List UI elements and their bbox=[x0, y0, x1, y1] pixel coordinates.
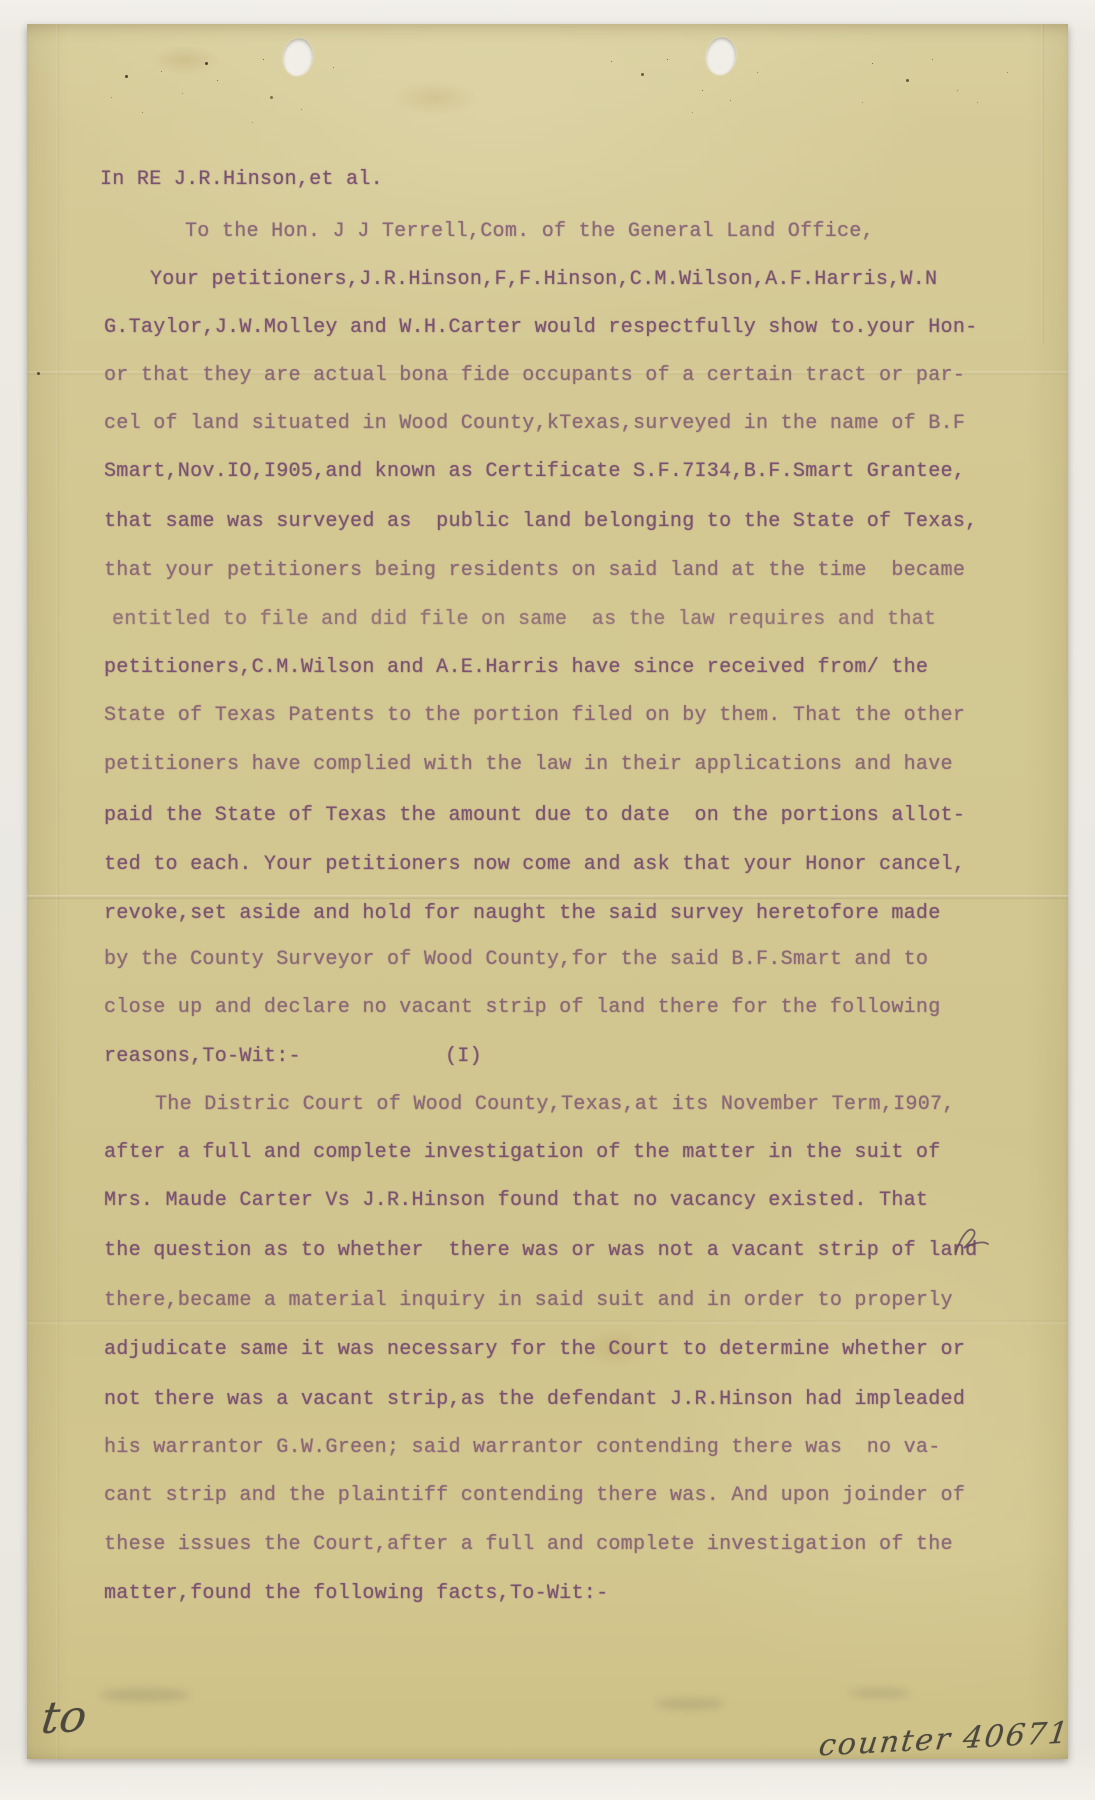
typed-line: close up and declare no vacant strip of … bbox=[104, 998, 941, 1018]
typed-line: The Distric Court of Wood County,Texas,a… bbox=[155, 1095, 955, 1115]
typed-line: or that they are actual bona fide occupa… bbox=[104, 366, 965, 386]
typed-line: that your petitioners being residents on… bbox=[104, 561, 965, 581]
scanned-document-view: In RE J.R.Hinson,et al. To the Hon. J J … bbox=[0, 0, 1095, 1800]
typed-line: Mrs. Maude Carter Vs J.R.Hinson found th… bbox=[104, 1191, 928, 1211]
typed-line: reasons,To-Wit:- bbox=[104, 1047, 301, 1067]
typed-line: petitioners,C.M.Wilson and A.E.Harris ha… bbox=[104, 658, 928, 678]
typed-line: matter,found the following facts,To-Wit:… bbox=[104, 1584, 608, 1604]
ink-specks bbox=[0, 0, 3, 3]
typed-line: entitled to file and did file on same as… bbox=[112, 610, 936, 630]
typed-line: there,became a material inquiry in said … bbox=[104, 1291, 953, 1311]
typed-line: after a full and complete investigation … bbox=[104, 1143, 941, 1163]
typed-line: his warrantor G.W.Green; said warrantor … bbox=[104, 1438, 941, 1458]
typed-line: cel of land situated in Wood County,kTex… bbox=[104, 414, 965, 434]
typed-line: not there was a vacant strip,as the defe… bbox=[104, 1390, 965, 1410]
typed-line: by the County Surveyor of Wood County,fo… bbox=[104, 950, 928, 970]
typed-line: cant strip and the plaintiff contending … bbox=[104, 1486, 965, 1506]
typed-line: State of Texas Patents to the portion fi… bbox=[104, 706, 965, 726]
typed-line: ted to each. Your petitioners now come a… bbox=[104, 855, 965, 875]
section-marker: (I) bbox=[445, 1047, 482, 1067]
typed-line: the question as to whether there was or … bbox=[104, 1241, 977, 1261]
handwritten-flourish bbox=[952, 1224, 992, 1258]
typed-line: Smart,Nov.IO,I905,and known as Certifica… bbox=[104, 462, 965, 482]
typed-line: paid the State of Texas the amount due t… bbox=[104, 806, 965, 826]
typed-line: To the Hon. J J Terrell,Com. of the Gene… bbox=[185, 222, 874, 242]
typed-line: petitioners have complied with the law i… bbox=[104, 755, 953, 775]
typed-line: that same was surveyed as public land be… bbox=[104, 512, 977, 532]
typed-line: these issues the Court,after a full and … bbox=[104, 1535, 953, 1555]
typed-line: Your petitioners,J.R.Hinson,F,F.Hinson,C… bbox=[150, 270, 937, 290]
typed-line: adjudicate same it was necessary for the… bbox=[104, 1340, 965, 1360]
typed-line: revoke,set aside and hold for naught the… bbox=[104, 904, 941, 924]
typed-line: G.Taylor,J.W.Molley and W.H.Carter would… bbox=[104, 318, 977, 338]
typed-line: In RE J.R.Hinson,et al. bbox=[100, 170, 383, 190]
handwritten-note-to: to bbox=[39, 1691, 90, 1744]
